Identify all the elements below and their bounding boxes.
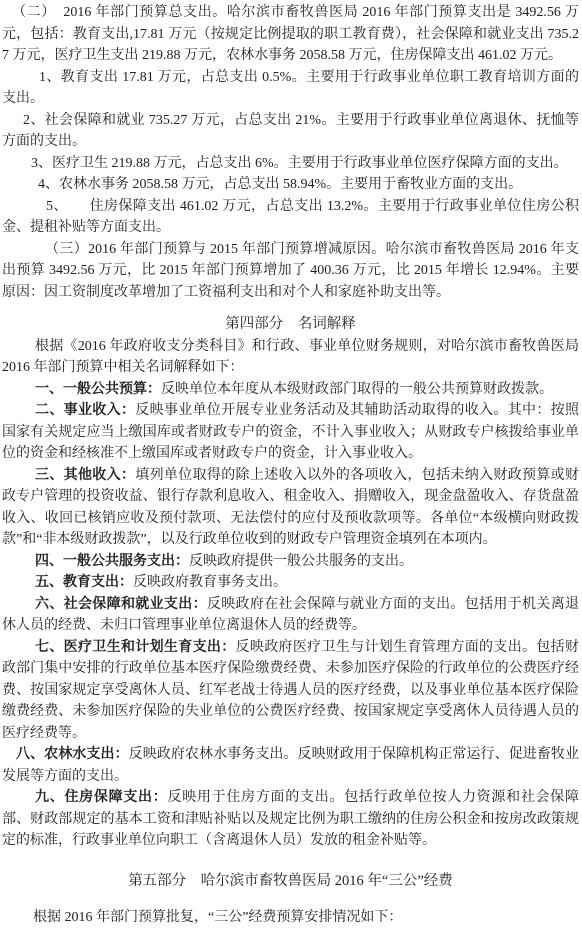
term-label: 一、一般公共预算： — [35, 382, 161, 397]
document-page: （二） 2016 年部门预算总支出。哈尔滨市畜牧兽医局 2016 年部门预算支出… — [0, 0, 582, 935]
list-item-social-security-expenditure: 2、社会保障和就业 735.27 万元，占总支出 21%。主要用于行政事业单位离… — [2, 110, 579, 153]
term-label: 八、农林水支出： — [16, 747, 129, 762]
term-label: 四、一般公共服务支出： — [35, 554, 189, 569]
para-budget-change-reason: （三）2016 年部门预算与 2015 年部门预算增减原因。哈尔滨市畜牧兽医局 … — [2, 239, 579, 304]
list-item-education-expenditure: 1、教育支出 17.81 万元，占总支出 0.5%。主要用于行政事业单位职工教育… — [2, 67, 579, 110]
term-label: 七、医疗卫生和计划生育支出： — [35, 640, 236, 655]
part4-intro: 根据《2016 年政府收支分类科目》和行政、事业单位财务规则，对哈尔滨市畜牧兽医… — [2, 336, 579, 379]
term-medical-family-planning-expenditure: 七、医疗卫生和计划生育支出：反映政府医疗卫生与计划生育管理方面的支出。包括财政部… — [2, 637, 579, 745]
term-label: 三、其他收入： — [35, 468, 135, 483]
term-education-expenditure: 五、教育支出：反映政府教育事务支出。 — [2, 572, 579, 594]
term-label: 二、事业收入： — [35, 403, 135, 418]
term-definition: 反映政府教育事务支出。 — [133, 575, 287, 590]
term-label: 九、住房保障支出： — [35, 790, 168, 805]
term-label: 五、教育支出： — [35, 575, 133, 590]
part5-intro: 根据 2016 年部门预算批复，“三公”经费预算安排情况如下： — [2, 907, 579, 929]
term-agriculture-forestry-water-expenditure: 八、农林水支出：反映政府农林水事务支出。反映财政用于保障机构正常运行、促进畜牧业… — [2, 744, 579, 787]
term-operating-income: 二、事业收入：反映事业单位开展专业业务活动及其辅助活动取得的收入。其中：按照国家… — [2, 400, 579, 465]
part4-heading: 第四部分 名词解释 — [2, 314, 579, 336]
list-item-agriculture-expenditure: 4、农林水事务 2058.58 万元，占总支出 58.94%。主要用于畜牧业方面… — [2, 174, 579, 196]
term-other-income: 三、其他收入：填列单位取得的除上述收入以外的各项收入，包括未纳入财政预算或财政专… — [2, 465, 579, 551]
para-total-expenditure: （二） 2016 年部门预算总支出。哈尔滨市畜牧兽医局 2016 年部门预算支出… — [2, 2, 579, 67]
term-definition: 反映政府提供一般公共服务的支出。 — [189, 554, 413, 569]
term-general-public-service-expenditure: 四、一般公共服务支出：反映政府提供一般公共服务的支出。 — [2, 551, 579, 573]
term-definition: 反映单位本年度从本级财政部门取得的一般公共预算财政拨款。 — [161, 382, 553, 397]
list-item-medical-expenditure: 3、医疗卫生 219.88 万元，占总支出 6%。主要用于行政事业单位医疗保障方… — [2, 153, 579, 175]
term-housing-security-expenditure: 九、住房保障支出：反映用于住房方面的支出。包括行政单位按人力资源和社会保障部、财… — [2, 787, 579, 852]
term-social-security-employment-expenditure: 六、社会保障和就业支出：反映政府在社会保障与就业方面的支出。包括用于机关离退休人… — [2, 594, 579, 637]
part5-heading: 第五部分 哈尔滨市畜牧兽医局 2016 年“三公”经费 — [2, 871, 579, 893]
list-item-housing-expenditure: 5、 住房保障支出 461.02 万元，占总支出 13.2%。主要用于行政事业单… — [2, 196, 579, 239]
term-label: 六、社会保障和就业支出： — [35, 597, 207, 612]
term-general-public-budget: 一、一般公共预算：反映单位本年度从本级财政部门取得的一般公共预算财政拨款。 — [2, 379, 579, 401]
